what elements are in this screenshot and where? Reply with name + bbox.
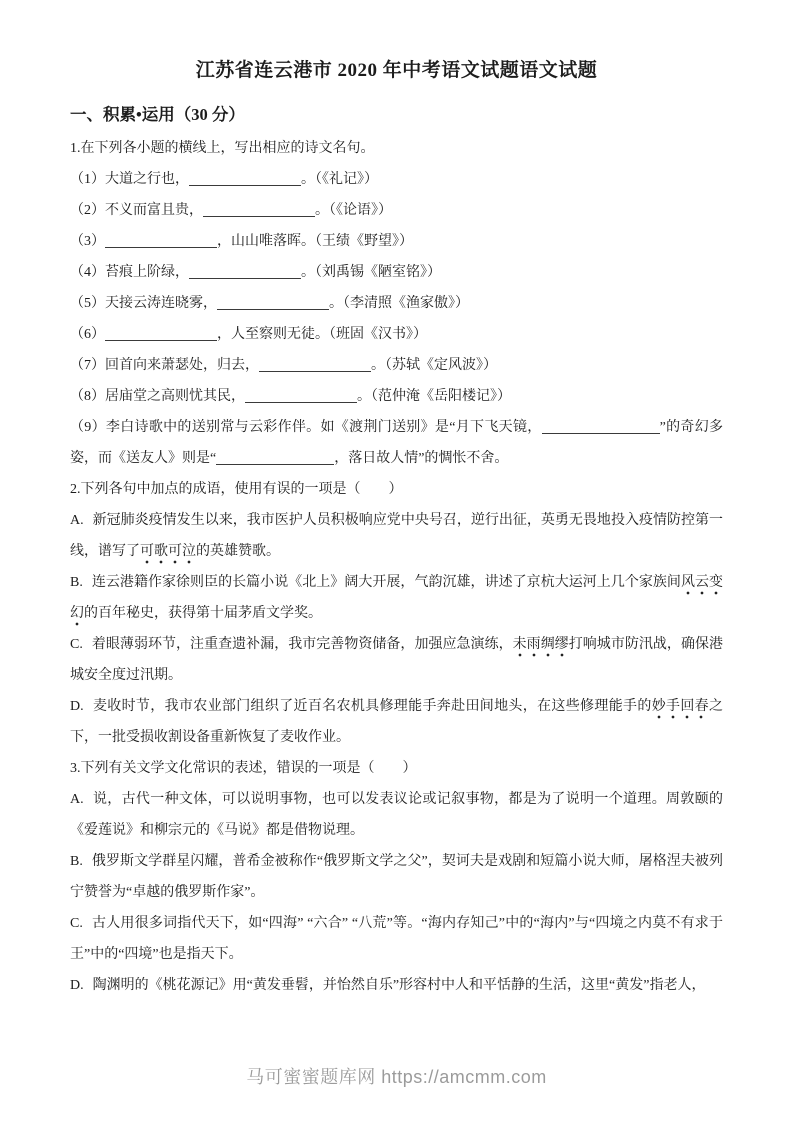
text-run: （8）居庙堂之高则忧其民， <box>70 389 245 404</box>
question-1-item-7: （7）回首向来萧瑟处，归去，。（苏轼《定风波》） <box>70 350 723 381</box>
question-1: 1.在下列各小题的横线上，写出相应的诗文名句。（1）大道之行也，。（《礼记》）（… <box>70 133 723 474</box>
question-2-option-B: B.连云港籍作家徐则臣的长篇小说《北上》阔大开展，气韵沉雄，讲述了京杭大运河上几… <box>70 567 723 629</box>
question-2-stem: 2.下列各句中加点的成语，使用有误的一项是（ ） <box>70 474 723 505</box>
emphasized-idiom: 妙手回春 <box>652 699 709 719</box>
text-run: 。（《论语》） <box>315 203 392 218</box>
text-run: 麦收时节，我市农业部门组织了近百名农机具修理能手奔赴田间地头，在这些修理能手的 <box>93 699 652 714</box>
question-1-item-8: （8）居庙堂之高则忧其民，。（范仲淹《岳阳楼记》） <box>70 381 723 412</box>
question-3: 3.下列有关文学文化常识的表述，错误的一项是（ ）A.说，古代一种文体，可以说明… <box>70 753 723 1001</box>
question-2: 2.下列各句中加点的成语，使用有误的一项是（ ）A.新冠肺炎疫情发生以来，我市医… <box>70 474 723 753</box>
question-1-item-4: （4）苔痕上阶绿，。（刘禹锡《陋室铭》） <box>70 257 723 288</box>
emphasized-idiom: 未雨绸缪 <box>513 637 569 657</box>
option-label: B. <box>70 854 83 869</box>
text-run: 古人用很多词指代天下，如“四海” “六合” “八荒”等。“海内存知己”中的“海内… <box>70 916 723 962</box>
document-page: 江苏省连云港市 2020 年中考语文试题语文试题 一、积累•运用（30 分） 1… <box>0 0 793 1122</box>
text-run: （6） <box>70 327 105 342</box>
option-label: D. <box>70 699 84 714</box>
question-1-item-5: （5）天接云涛连晓雾，。（李清照《渔家傲》） <box>70 288 723 319</box>
text-run: （2）不义而富且贵， <box>70 203 203 218</box>
text-run: 说，古代一种文体，可以说明事物，也可以发表议论或记叙事物，都是为了说明一个道理。… <box>70 792 723 838</box>
text-run: 。（刘禹锡《陋室铭》） <box>301 265 441 280</box>
question-3-option-A: A.说，古代一种文体，可以说明事物，也可以发表议论或记叙事物，都是为了说明一个道… <box>70 784 723 846</box>
text-run: 的百年秘史，获得第十届茅盾文学奖。 <box>84 606 322 621</box>
question-1-stem: 1.在下列各小题的横线上，写出相应的诗文名句。 <box>70 133 723 164</box>
content: 1.在下列各小题的横线上，写出相应的诗文名句。（1）大道之行也，。（《礼记》）（… <box>70 133 723 1001</box>
text-run: ，落日故人情”的惆怅不舍。 <box>334 451 508 466</box>
watermark-text: 马可蜜蜜题库网 https://amcmm.com <box>246 1067 547 1087</box>
question-3-option-B: B.俄罗斯文学群星闪耀，普希金被称作“俄罗斯文学之父”，契诃夫是戏剧和短篇小说大… <box>70 846 723 908</box>
answer-blank <box>259 371 371 372</box>
watermark-footer: 马可蜜蜜题库网 https://amcmm.com <box>0 1063 793 1089</box>
answer-blank <box>105 340 217 341</box>
question-3-stem: 3.下列有关文学文化常识的表述，错误的一项是（ ） <box>70 753 723 784</box>
question-1-item-3: （3），山山唯落晖。（王绩《野望》） <box>70 226 723 257</box>
question-1-item-6: （6），人至察则无徒。（班固《汉书》） <box>70 319 723 350</box>
question-1-item-1: （1）大道之行也，。（《礼记》） <box>70 164 723 195</box>
option-label: D. <box>70 978 84 993</box>
text-run: 陶渊明的《桃花源记》用“黄发垂髫，并怡然自乐”形容村中人和平恬静的生活，这里“黄… <box>93 978 706 993</box>
answer-blank <box>105 247 217 248</box>
text-run: （4）苔痕上阶绿， <box>70 265 189 280</box>
text-run: 。（范仲淹《岳阳楼记》） <box>357 389 511 404</box>
text-run: （7）回首向来萧瑟处，归去， <box>70 358 259 373</box>
option-label: C. <box>70 916 83 931</box>
text-run: 连云港籍作家徐则臣的长篇小说《北上》阔大开展，气韵沉雄，讲述了京杭大运河上几个家… <box>92 575 681 590</box>
text-run: 。（李清照《渔家傲》） <box>329 296 469 311</box>
answer-blank <box>542 433 660 434</box>
text-run: ，人至察则无徒。（班固《汉书》） <box>217 327 427 342</box>
question-1-item-2: （2）不义而富且贵，。（《论语》） <box>70 195 723 226</box>
text-run: 着眼薄弱环节，注重查遗补漏，我市完善物资储备，加强应急演练， <box>92 637 513 652</box>
text-run: 。（《礼记》） <box>301 172 378 187</box>
option-label: C. <box>70 637 83 652</box>
option-label: B. <box>70 575 83 590</box>
answer-blank <box>189 278 301 279</box>
text-run: 。（苏轼《定风波》） <box>371 358 497 373</box>
answer-blank <box>189 185 301 186</box>
answer-blank <box>245 402 357 403</box>
question-3-option-D: D.陶渊明的《桃花源记》用“黄发垂髫，并怡然自乐”形容村中人和平恬静的生活，这里… <box>70 970 723 1001</box>
question-2-option-C: C.着眼薄弱环节，注重查遗补漏，我市完善物资储备，加强应急演练，未雨绸缪打响城市… <box>70 629 723 691</box>
text-run: （5）天接云涛连晓雾， <box>70 296 217 311</box>
text-run: 的英雄赞歌。 <box>196 544 280 559</box>
question-2-option-D: D.麦收时节，我市农业部门组织了近百名农机具修理能手奔赴田间地头，在这些修理能手… <box>70 691 723 753</box>
option-label: A. <box>70 792 84 807</box>
question-3-option-C: C.古人用很多词指代天下，如“四海” “六合” “八荒”等。“海内存知己”中的“… <box>70 908 723 970</box>
answer-blank <box>216 464 334 465</box>
document-title: 江苏省连云港市 2020 年中考语文试题语文试题 <box>70 54 723 88</box>
answer-blank <box>217 309 329 310</box>
answer-blank <box>203 216 315 217</box>
question-2-option-A: A.新冠肺炎疫情发生以来，我市医护人员积极响应党中央号召，逆行出征，英勇无畏地投… <box>70 505 723 567</box>
section-heading: 一、积累•运用（30 分） <box>70 101 723 128</box>
text-run: 俄罗斯文学群星闪耀，普希金被称作“俄罗斯文学之父”，契诃夫是戏剧和短篇小说大师，… <box>70 854 723 900</box>
text-run: （3） <box>70 234 105 249</box>
text-run: （9）李白诗歌中的送别常与云彩作伴。如《渡荆门送别》是“月下飞天镜， <box>70 420 542 435</box>
text-run: ，山山唯落晖。（王绩《野望》） <box>217 234 413 249</box>
emphasized-idiom: 可歌可泣 <box>140 544 196 564</box>
text-run: （1）大道之行也， <box>70 172 189 187</box>
option-label: A. <box>70 513 84 528</box>
question-1-item-9: （9）李白诗歌中的送别常与云彩作伴。如《渡荆门送别》是“月下飞天镜，”的奇幻多姿… <box>70 412 723 474</box>
